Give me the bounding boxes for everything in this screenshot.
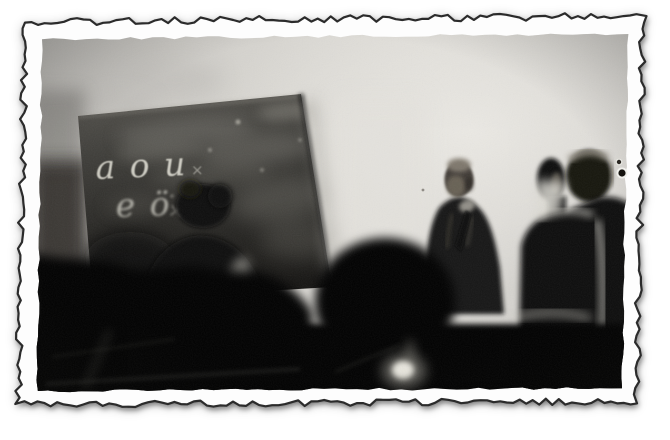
film-grain xyxy=(28,26,644,398)
vintage-photograph-page: a o u × e ö × xyxy=(0,0,670,440)
vintage-photograph: a o u × e ö × xyxy=(0,0,670,440)
photo-image: a o u × e ö × xyxy=(28,0,670,398)
